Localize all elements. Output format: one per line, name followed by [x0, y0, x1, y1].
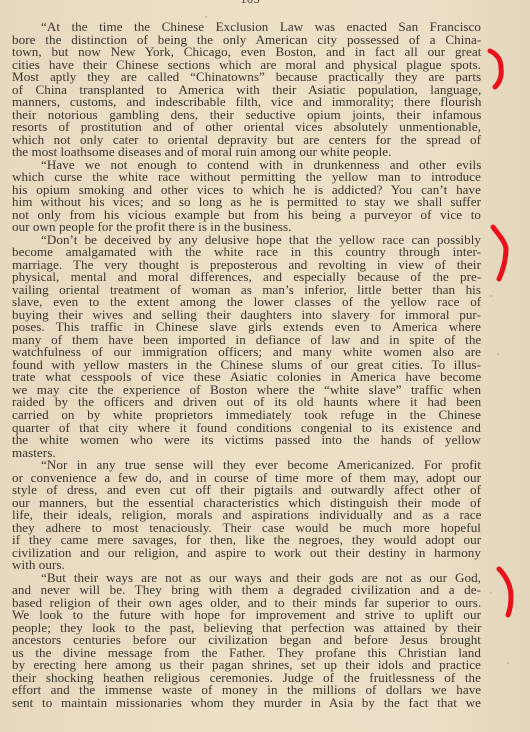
- text-line: civilization and our religion, and aspir…: [12, 547, 481, 560]
- scanned-book-page: 105 “At the time the Chinese Exclusion L…: [0, 0, 530, 732]
- paper-speck: [497, 353, 499, 355]
- body-text: “At the time the Chinese Exclusion Law w…: [12, 21, 481, 709]
- page-number: 105: [0, 0, 500, 7]
- text-line: the white women who were its victims pas…: [12, 434, 481, 447]
- paper-speck: [205, 16, 207, 18]
- red-bracket-mark: [487, 48, 501, 92]
- paper-speck: [507, 662, 509, 664]
- paper-speck: [490, 295, 492, 297]
- red-bracket-mark: [496, 566, 510, 622]
- text-line: sent to maintain missionaries whom they …: [12, 697, 481, 710]
- paper-speck: [490, 592, 492, 594]
- red-bracket-mark: [490, 224, 504, 284]
